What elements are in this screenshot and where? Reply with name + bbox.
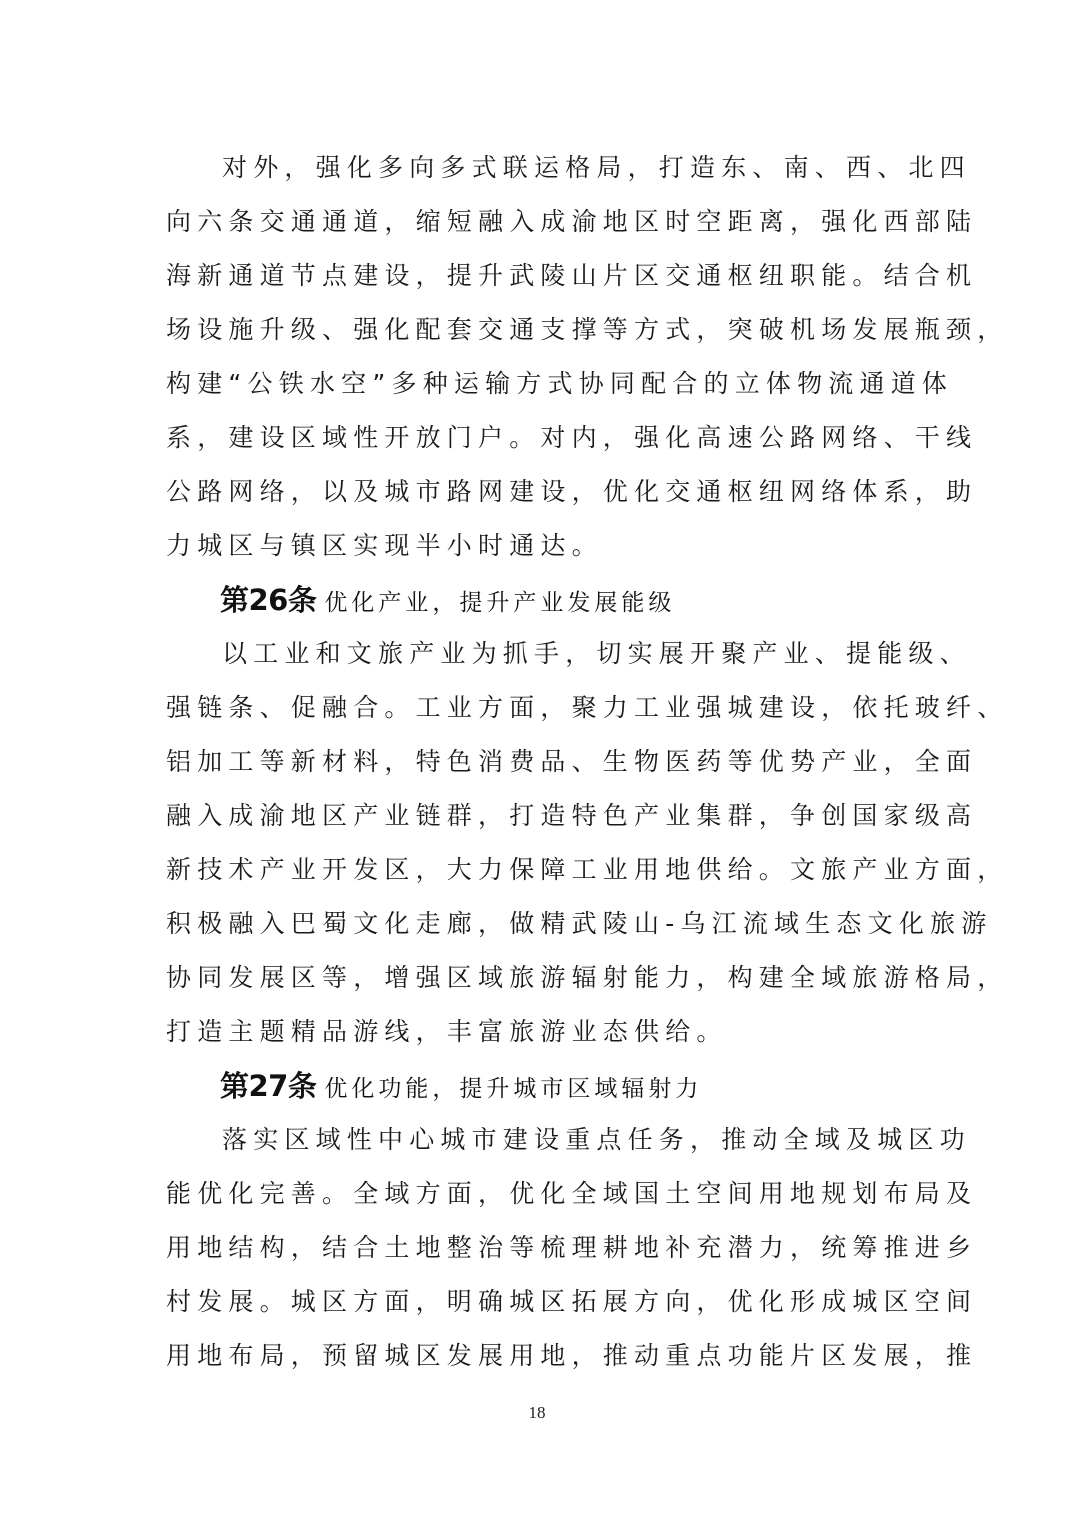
text-line: 力城区与镇区实现半小时通达。 <box>166 529 916 563</box>
article-title: 优化功能，提升城市区域辐射力 <box>324 1076 702 1102</box>
text-line: 用地结构，结合土地整治等梳理耕地补充潜力，统筹推进乡 <box>166 1231 916 1265</box>
text-line: 能优化完善。全域方面，优化全域国土空间用地规划布局及 <box>166 1177 916 1211</box>
text-line: 对外，强化多向多式联运格局，打造东、南、西、北四 <box>222 151 972 185</box>
text-line: 海新通道节点建设，提升武陵山片区交通枢纽职能。结合机 <box>166 259 916 293</box>
text-line: 村发展。城区方面，明确城区拓展方向，优化形成城区空间 <box>166 1285 916 1319</box>
article-number: 第27条 <box>220 1069 316 1103</box>
text-line: 新技术产业开发区，大力保障工业用地供给。文旅产业方面， <box>166 853 916 887</box>
text-line: 铝加工等新材料，特色消费品、生物医药等优势产业，全面 <box>166 745 916 779</box>
text-line: 构建“公铁水空”多种运输方式协同配合的立体物流通道体 <box>166 367 916 401</box>
text-line: 协同发展区等，增强区域旅游辐射能力，构建全域旅游格局， <box>166 961 916 995</box>
text-line: 用地布局，预留城区发展用地，推动重点功能片区发展，推 <box>166 1339 916 1373</box>
text-line: 强链条、促融合。工业方面，聚力工业强城建设，依托玻纤、 <box>166 691 916 725</box>
text-line: 积极融入巴蜀文化走廊，做精武陵山-乌江流域生态文化旅游 <box>166 907 916 941</box>
article-title: 优化产业，提升产业发展能级 <box>324 590 675 616</box>
page-number: 18 <box>0 1403 1074 1423</box>
text-line: 场设施升级、强化配套交通支撑等方式，突破机场发展瓶颈， <box>166 313 916 347</box>
text-line: 以工业和文旅产业为抓手，切实展开聚产业、提能级、 <box>222 637 972 671</box>
text-line: 打造主题精品游线，丰富旅游业态供给。 <box>166 1015 916 1049</box>
article-number: 第26条 <box>220 583 316 617</box>
text-line: 公路网络，以及城市路网建设，优化交通枢纽网络体系，助 <box>166 475 916 509</box>
text-line: 向六条交通通道，缩短融入成渝地区时空距离，强化西部陆 <box>166 205 916 239</box>
text-line: 融入成渝地区产业链群，打造特色产业集群，争创国家级高 <box>166 799 916 833</box>
document-page: 对外，强化多向多式联运格局，打造东、南、西、北四 向六条交通通道，缩短融入成渝地… <box>0 0 1074 1520</box>
article-heading-27: 第27条优化功能，提升城市区域辐射力 <box>220 1066 702 1111</box>
article-heading-26: 第26条优化产业，提升产业发展能级 <box>220 580 675 625</box>
text-line: 系，建设区域性开放门户。对内，强化高速公路网络、干线 <box>166 421 916 455</box>
text-line: 落实区域性中心城市建设重点任务，推动全域及城区功 <box>222 1123 972 1157</box>
